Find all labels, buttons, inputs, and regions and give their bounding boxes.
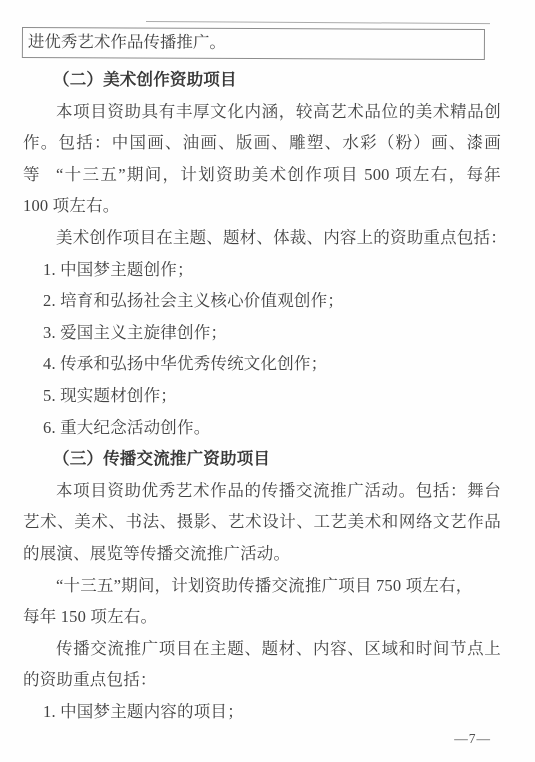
text-line: 美术创作项目在主题、题材、体裁、内容上的资助重点包括： bbox=[23, 222, 501, 254]
list-item: 6. 重大纪念活动创作。 bbox=[23, 412, 501, 444]
highlight-box: 进优秀艺术作品传播推广。 bbox=[22, 27, 485, 60]
document-page: 进优秀艺术作品传播推广。 （二）美术创作资助项目本项目资助具有丰厚文化内涵，较高… bbox=[0, 0, 535, 762]
text-line: “十三五”期间，计划资助传播交流推广项目 750 项左右， bbox=[23, 570, 501, 602]
text-line: 的资助重点包括： bbox=[23, 664, 501, 696]
text-line: “十三五”期间，计划资助美术创作项目 500 项左右，每年 bbox=[23, 159, 501, 191]
list-item: 3. 爱国主义主旋律创作； bbox=[23, 317, 501, 349]
boxed-continuation-text: 进优秀艺术作品传播推广。 bbox=[23, 28, 484, 58]
text-line: 艺术、美术、书法、摄影、艺术设计、工艺美术和网络文艺作品 bbox=[23, 506, 501, 538]
list-item: 5. 现实题材创作； bbox=[23, 380, 501, 412]
list-item: 1. 中国梦主题创作； bbox=[23, 254, 501, 286]
page-number: —7— bbox=[454, 731, 491, 747]
section-heading: （三）传播交流推广资助项目 bbox=[23, 443, 501, 475]
list-item: 2. 培育和弘扬社会主义核心价值观创作； bbox=[23, 285, 501, 317]
text-line: 传播交流推广项目在主题、题材、内容、区域和时间节点上 bbox=[23, 633, 501, 665]
text-line: 本项目资助具有丰厚文化内涵，较高艺术品位的美术精品创 bbox=[23, 96, 501, 128]
document-body: （二）美术创作资助项目本项目资助具有丰厚文化内涵，较高艺术品位的美术精品创作。包… bbox=[23, 64, 501, 727]
text-line: 100 项左右。 bbox=[23, 190, 501, 222]
scan-artifact-line bbox=[146, 21, 490, 24]
list-item: 4. 传承和弘扬中华优秀传统文化创作； bbox=[23, 348, 501, 380]
text-line: 每年 150 项左右。 bbox=[23, 601, 501, 633]
section-heading: （二）美术创作资助项目 bbox=[23, 64, 501, 96]
list-item: 1. 中国梦主题内容的项目； bbox=[23, 696, 501, 728]
text-line: 的展演、展览等传播交流推广活动。 bbox=[23, 538, 501, 570]
text-line: 本项目资助优秀艺术作品的传播交流推广活动。包括：舞台 bbox=[23, 475, 501, 507]
text-line: 作。包括：中国画、油画、版画、雕塑、水彩（粉）画、漆画等。 bbox=[23, 127, 501, 159]
